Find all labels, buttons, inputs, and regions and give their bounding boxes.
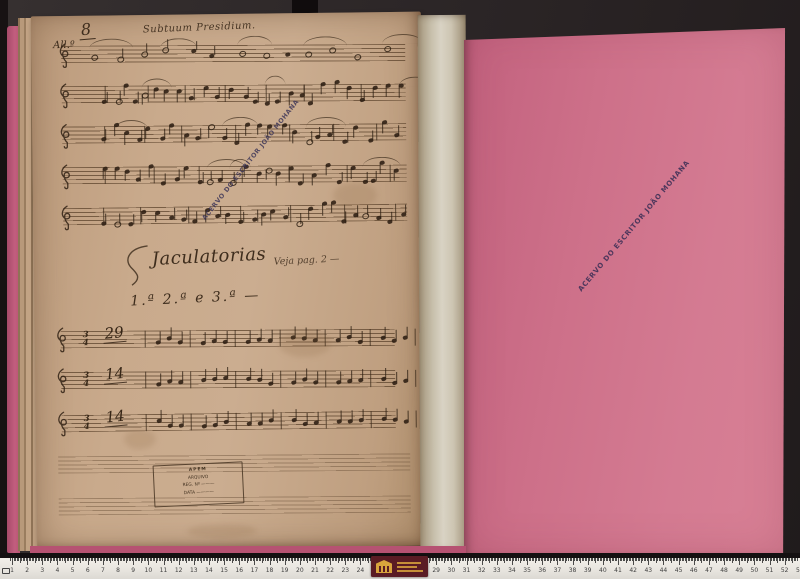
- section-title: Jaculatorias: [151, 244, 266, 270]
- treble-clef-icon: [57, 43, 71, 69]
- archive-diagonal-stamp: ACERVO DO ESCRITOR JOÃO MOHANA: [567, 147, 702, 305]
- ruler-number: 15: [220, 567, 228, 574]
- music-staff: [61, 44, 405, 63]
- ruler-number: 10: [145, 567, 153, 574]
- ruler-number: 16: [235, 567, 243, 574]
- section-subtitle: 1.ª 2.ª e 3.ª —: [130, 287, 261, 309]
- ruler-number: 7: [101, 567, 105, 574]
- ruler-number: 11: [160, 567, 168, 574]
- measurement-ruler: 1234567891011121314151617181920212223242…: [0, 553, 800, 579]
- ruler-number: 40: [599, 567, 607, 574]
- ruler-number: 3: [40, 567, 44, 574]
- treble-clef-icon: [58, 83, 72, 109]
- ruler-number: 52: [781, 567, 789, 574]
- music-staff: [62, 123, 406, 144]
- ruler-number: 14: [205, 567, 213, 574]
- manuscript-page: 8 Subtuum Presidium. All.º 342934143414 …: [31, 12, 427, 551]
- treble-clef-icon: [56, 411, 70, 437]
- ruler-number: 41: [614, 567, 622, 574]
- apem-archive-logo: [371, 556, 428, 577]
- header-title: Subtuum Presidium.: [143, 20, 256, 35]
- treble-clef-icon: [59, 164, 73, 190]
- ruler-number: 20: [296, 567, 304, 574]
- ruler-number: 6: [86, 567, 90, 574]
- music-staff: [62, 84, 406, 104]
- flourish-ornament: [118, 243, 153, 287]
- ruler-number: 17: [251, 567, 259, 574]
- ruler-number: 33: [493, 567, 501, 574]
- scan-stage: 8 Subtuum Presidium. All.º 342934143414 …: [0, 0, 800, 579]
- binding-spine: [418, 15, 469, 553]
- ruler-number: 21: [311, 567, 319, 574]
- ruler-number: 13: [190, 567, 198, 574]
- ruler-number: 4: [56, 567, 60, 574]
- ruler-number: 9: [131, 567, 135, 574]
- multirest-count: 14: [103, 406, 128, 427]
- ruler-number: 38: [569, 567, 577, 574]
- ruler-number: 47: [705, 567, 713, 574]
- treble-clef-icon: [55, 368, 69, 394]
- ruler-number: 53: [796, 567, 800, 574]
- ruler-number: 42: [629, 567, 637, 574]
- ruler-number: 8: [116, 567, 120, 574]
- ruler-number: 12: [175, 567, 183, 574]
- paper-stain: [279, 331, 331, 358]
- treble-clef-icon: [59, 205, 73, 231]
- section-reference: Veja pag. 2 —: [274, 254, 340, 268]
- ruler-number: 18: [266, 567, 274, 574]
- multirest-count: 29: [102, 323, 127, 344]
- ruler-number: 50: [751, 567, 759, 574]
- pink-cover-page: ACERVO DO ESCRITOR JOÃO MOHANA: [464, 27, 786, 555]
- ruler-number: 22: [326, 567, 334, 574]
- ruler-number: 30: [448, 567, 456, 574]
- ruler-number: 37: [554, 567, 562, 574]
- cm-unit-icon: [2, 568, 10, 574]
- ruler-number: 35: [523, 567, 531, 574]
- ruler-number: 51: [766, 567, 774, 574]
- treble-clef-icon: [55, 327, 69, 353]
- ruler-number: 1: [10, 567, 14, 574]
- apem-registry-stamp: APEM ARQUIVO REG. Nº ——— DATA ————: [153, 461, 245, 507]
- ruler-number: 34: [508, 567, 516, 574]
- multirest-count: 14: [102, 364, 127, 385]
- ruler-number: 39: [584, 567, 592, 574]
- ruler-number: 36: [538, 567, 546, 574]
- paper-stain: [124, 429, 156, 449]
- time-signature: 34: [82, 415, 92, 431]
- ruler-number: 46: [690, 567, 698, 574]
- ruler-number: 24: [357, 567, 365, 574]
- ruler-number: 19: [281, 567, 289, 574]
- staves-container: 342934143414: [31, 12, 421, 17]
- building-icon: [376, 560, 392, 573]
- ruler-number: 32: [478, 567, 486, 574]
- time-signature: 34: [81, 331, 91, 347]
- treble-clef-icon: [58, 124, 72, 150]
- ruler-number: 5: [71, 567, 75, 574]
- ruler-number: 2: [25, 567, 29, 574]
- page-number: 8: [78, 19, 96, 40]
- ruler-number: 23: [341, 567, 349, 574]
- ruler-number: 31: [463, 567, 471, 574]
- ruler-number: 45: [675, 567, 683, 574]
- music-staff: 3414: [61, 370, 395, 389]
- ruler-number: 49: [735, 567, 743, 574]
- time-signature: 34: [81, 372, 91, 388]
- binding-gap: [292, 0, 318, 13]
- ruler-number: 43: [644, 567, 652, 574]
- ruler-number: 44: [660, 567, 668, 574]
- music-staff: 3429: [61, 329, 395, 348]
- ruler-number: 48: [720, 567, 728, 574]
- music-staff: 3414: [62, 411, 396, 433]
- ruler-number: 29: [432, 567, 440, 574]
- paper-stain: [187, 524, 257, 539]
